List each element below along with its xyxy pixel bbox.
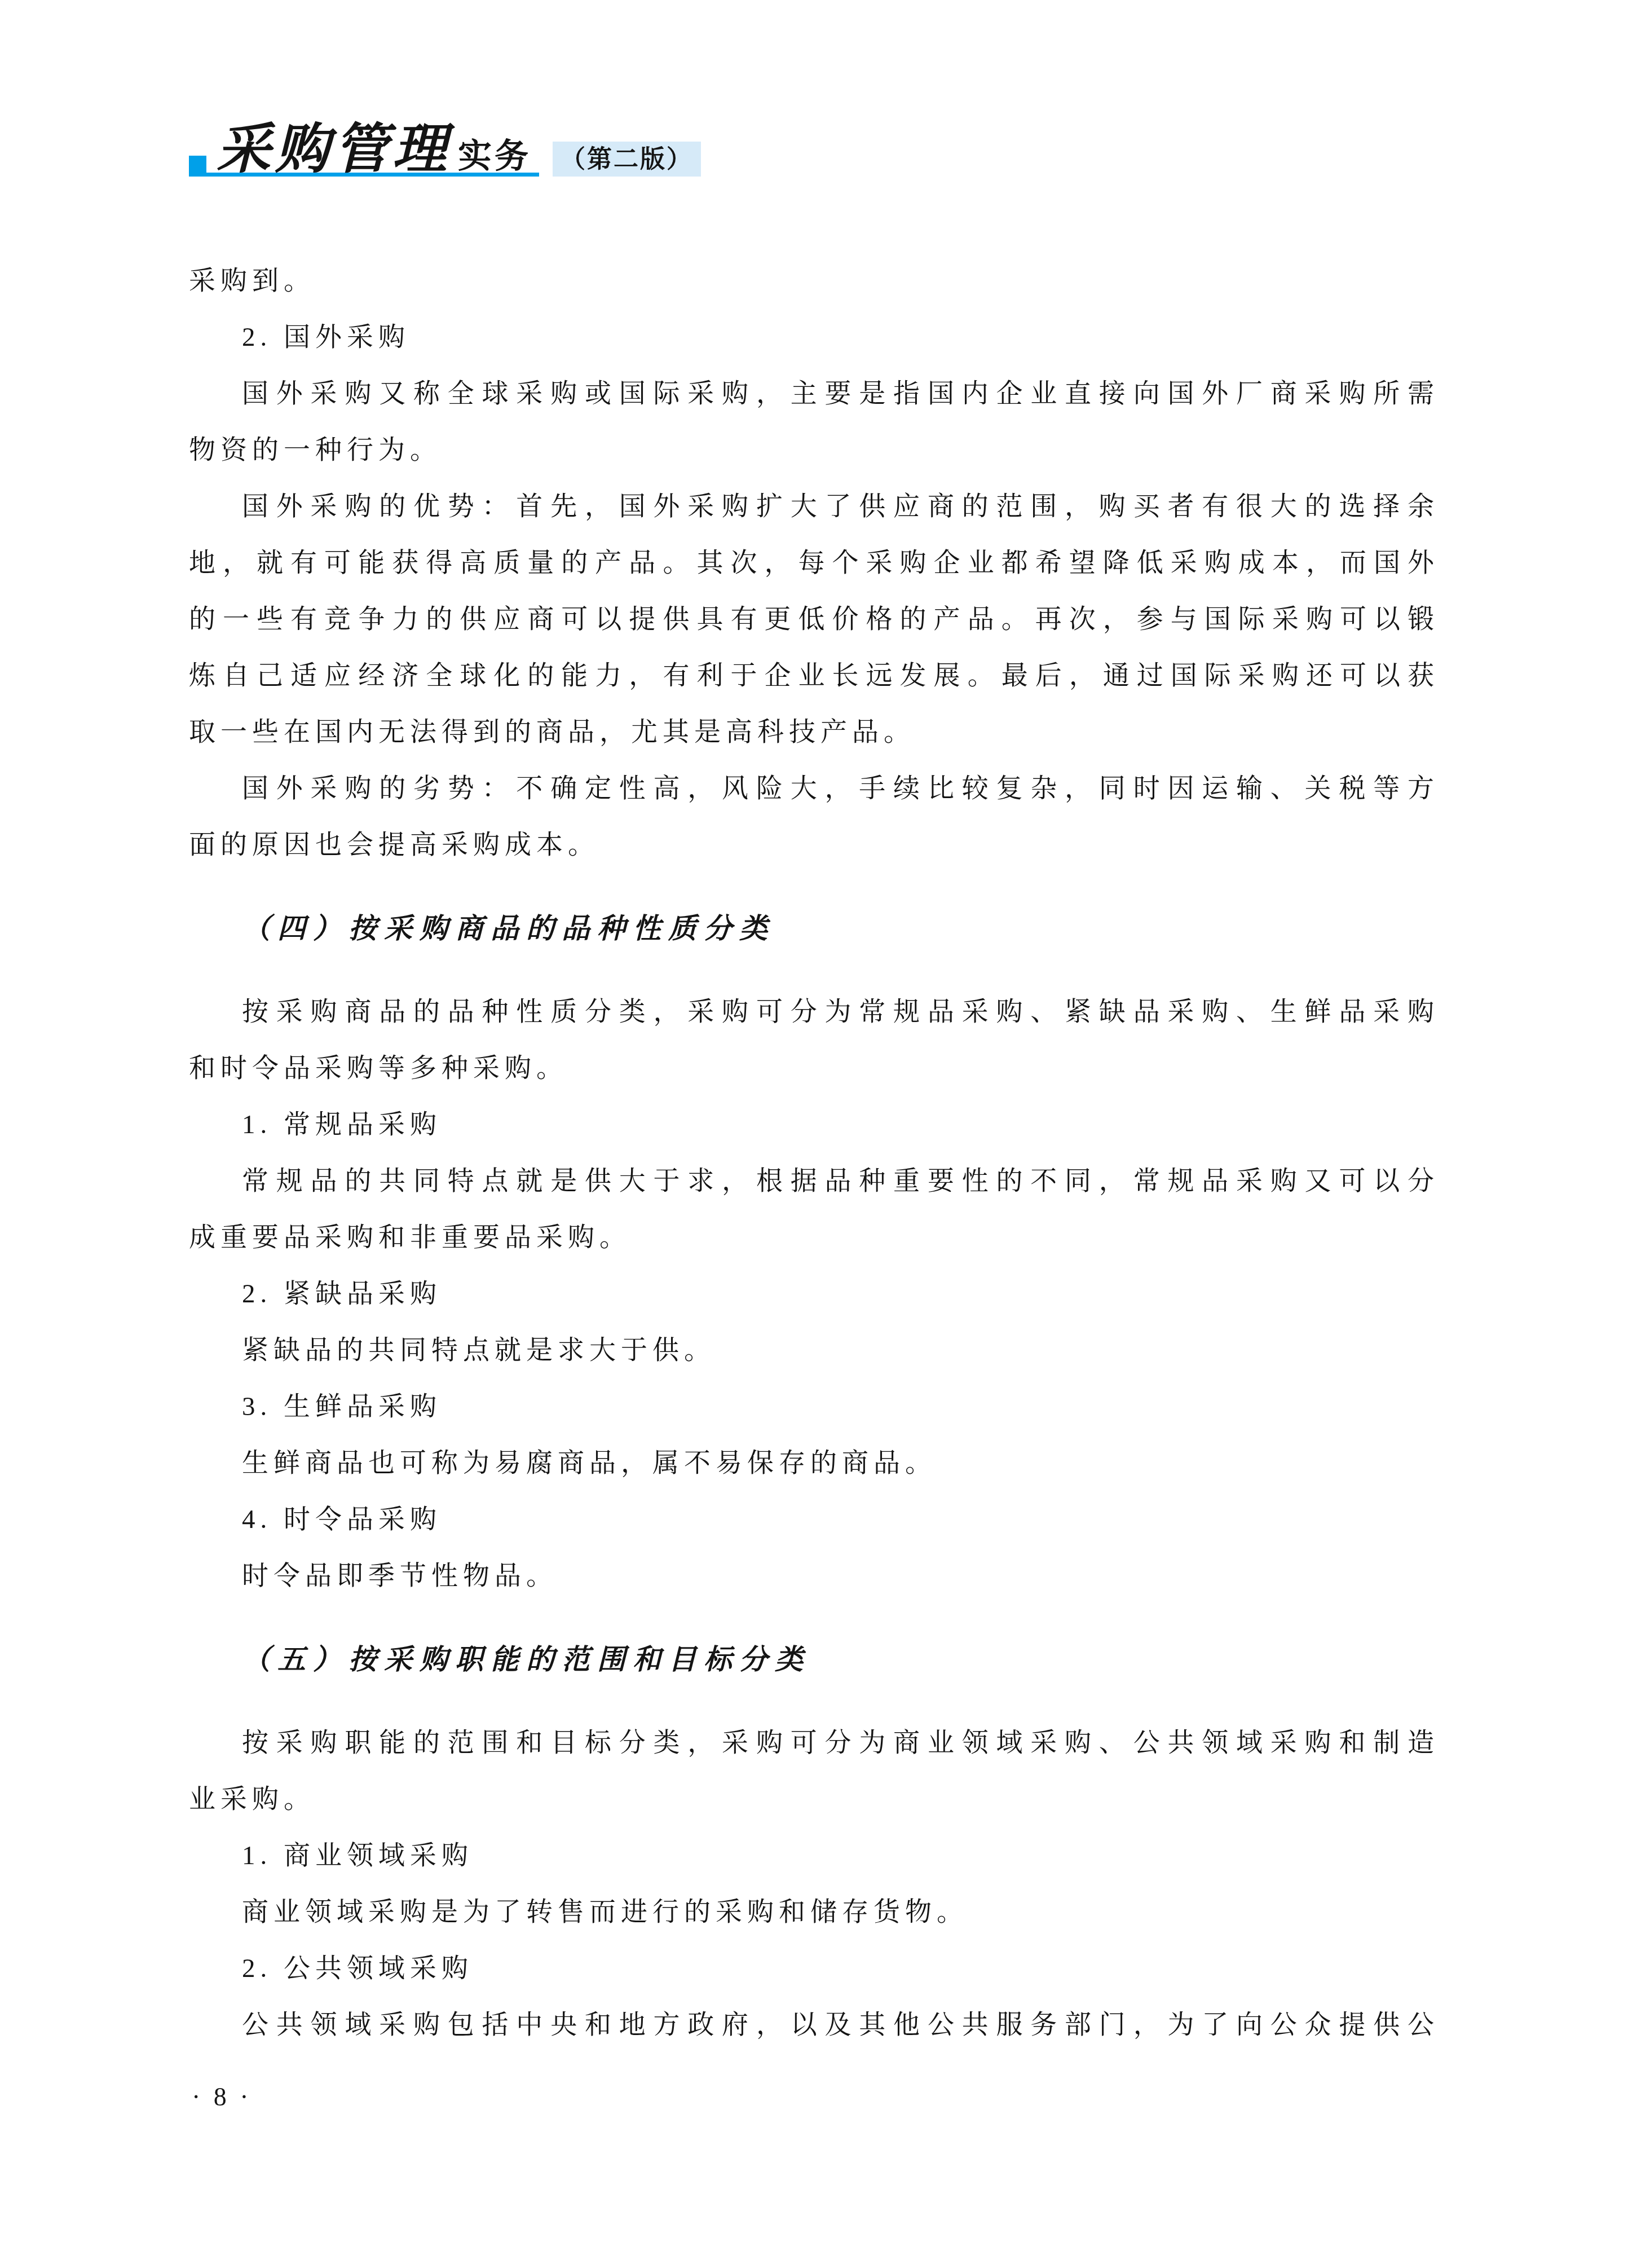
edition-badge: （第二版） (553, 142, 701, 177)
section-heading: （五）按采购职能的范围和目标分类 (189, 1631, 1439, 1688)
section-heading: （四）按采购商品的品种性质分类 (189, 900, 1439, 957)
text-line: 2. 国外采购 (189, 309, 1439, 365)
text-lines: 采购到。2. 国外采购国外采购又称全球采购或国际采购，主要是指国内企业直接向国外… (189, 253, 1439, 2053)
book-title-regular: 实务 (458, 140, 531, 173)
text-line: 公共领域采购包括中央和地方政府，以及其他公共服务部门，为了向公众提供公 (189, 1997, 1439, 2053)
text-line: 国外采购的优势：首先，国外采购扩大了供应商的范围，购买者有很大的选择余 (189, 478, 1439, 535)
text-line: 紧缺品的共同特点就是求大于供。 (189, 1322, 1439, 1379)
text-line: 面的原因也会提高采购成本。 (189, 817, 1439, 873)
text-line: 炼自己适应经济全球化的能力，有利于企业长远发展。最后，通过国际采购还可以获 (189, 648, 1439, 704)
text-line: 4. 时令品采购 (189, 1491, 1439, 1548)
text-line: 地，就有可能获得高质量的产品。其次，每个采购企业都希望降低采购成本，而国外 (189, 535, 1439, 591)
text-line: 常规品的共同特点就是供大于求，根据品种重要性的不同，常规品采购又可以分 (189, 1153, 1439, 1209)
text-line: 商业领域采购是为了转售而进行的采购和储存货物。 (189, 1884, 1439, 1940)
book-title-calligraphy: 采购管理 (217, 127, 451, 173)
text-line: 时令品即季节性物品。 (189, 1548, 1439, 1604)
text-line: 3. 生鲜品采购 (189, 1379, 1439, 1435)
text-line: 和时令品采购等多种采购。 (189, 1040, 1439, 1096)
page-header: 采购管理 实务 （第二版） (189, 111, 701, 177)
text-line: 2. 紧缺品采购 (189, 1266, 1439, 1322)
text-line: 取一些在国内无法得到的商品，尤其是高科技产品。 (189, 704, 1439, 760)
text-line: 1. 商业领域采购 (189, 1827, 1439, 1884)
text-line: 采购到。 (189, 253, 1439, 309)
text-line: 国外采购又称全球采购或国际采购，主要是指国内企业直接向国外厂商采购所需 (189, 365, 1439, 422)
page-number: · 8 · (192, 2082, 252, 2111)
text-line: 2. 公共领域采购 (189, 1940, 1439, 1997)
text-line: 成重要品采购和非重要品采购。 (189, 1209, 1439, 1266)
page-footer: · 8 · (192, 2081, 252, 2112)
brand-square-icon (189, 156, 206, 173)
text-line: 国外采购的劣势：不确定性高，风险大，手续比较复杂，同时因运输、关税等方 (189, 760, 1439, 817)
text-line: 生鲜商品也可称为易腐商品，属不易保存的商品。 (189, 1435, 1439, 1491)
text-line: 业采购。 (189, 1771, 1439, 1827)
book-page: 采购管理 实务 （第二版） 采购到。2. 国外采购国外采购又称全球采购或国际采购… (0, 0, 1628, 2268)
text-line: 按采购职能的范围和目标分类，采购可分为商业领域采购、公共领域采购和制造 (189, 1715, 1439, 1771)
text-line: 物资的一种行为。 (189, 422, 1439, 478)
text-line: 的一些有竞争力的供应商可以提供具有更低价格的产品。再次，参与国际采购可以锻 (189, 591, 1439, 648)
text-line: 1. 常规品采购 (189, 1096, 1439, 1153)
text-line: 按采购商品的品种性质分类，采购可分为常规品采购、紧缺品采购、生鲜品采购 (189, 984, 1439, 1040)
brand-underline: 采购管理 实务 (189, 127, 539, 177)
